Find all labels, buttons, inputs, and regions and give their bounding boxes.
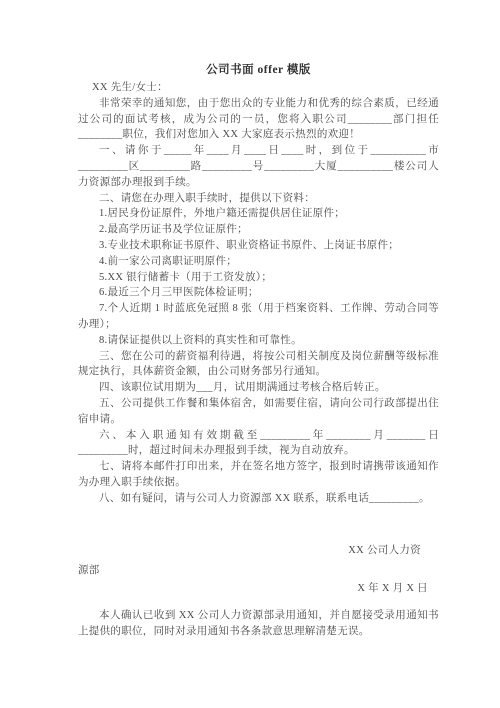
document-paragraph: 六、本入职通知有效期截至_________年________月_______日_…	[78, 428, 439, 460]
signature-department-line-1: XX 公司人力资	[78, 543, 439, 559]
document-paragraph: 5.XX 银行储蓄卡（用于工资发放）；	[78, 270, 439, 286]
document-paragraph: 五、公司提供工作餐和集体宿舍，如需要住宿，请向公司行政部提出住宿申请。	[78, 396, 439, 428]
document-paragraph: 非常荣幸的通知您，由于您出众的专业能力和优秀的综合素质，已经通过公司的面试考核，…	[78, 96, 439, 143]
document-title: 公司书面 offer 模版	[78, 62, 439, 78]
document-paragraph: 四、该职位试用期为___月，试用期满通过考核合格后转正。	[78, 380, 439, 396]
offer-letter-page: 公司书面 offer 模版 XX 先生/女士： 非常荣幸的通知您，由于您出众的专…	[0, 0, 500, 708]
document-paragraph: 6.最近三个月三甲医院体检证明；	[78, 285, 439, 301]
salutation: XX 先生/女士：	[78, 80, 439, 96]
document-paragraph: 3.专业技术职称证书原件、职业资格证书原件、上岗证书原件；	[78, 238, 439, 254]
document-paragraph: 一、请你于_____年____月____日____时，到位于__________…	[78, 143, 439, 190]
document-paragraph: 4.前一家公司离职证明原件；	[78, 254, 439, 270]
document-paragraph: 二、请您在办理入职手续时，提供以下资料：	[78, 191, 439, 207]
document-paragraph: 七、请将本邮件打印出来，并在签名地方签字，报到时请携带该通知作为办理入职手续依据…	[78, 459, 439, 491]
signature-department-line-2: 源部	[78, 563, 439, 579]
document-paragraph: 1.居民身份证原件，外地户籍还需提供居住证原件；	[78, 206, 439, 222]
signature-date: X 年 X 月 X 日	[78, 581, 439, 597]
document-paragraph: 8.请保证提供以上资料的真实性和可靠性。	[78, 333, 439, 349]
document-paragraph: 7.个人近期 1 时蓝底免冠照 8 张（用于档案资料、工作牌、劳动合同等办理）；	[78, 301, 439, 333]
confirmation-paragraph: 本人确认已收到 XX 公司人力资源部录用通知，并自愿接受录用通知书上提供的职位，…	[78, 608, 439, 640]
document-paragraph: 2.最高学历证书及学位证原件；	[78, 222, 439, 238]
document-paragraph: 三、您在公司的薪资福利待遇，将按公司相关制度及岗位薪酬等级标准规定执行，具体薪资…	[78, 349, 439, 381]
document-body: 非常荣幸的通知您，由于您出众的专业能力和优秀的综合素质，已经通过公司的面试考核，…	[78, 96, 439, 507]
document-paragraph: 八、如有疑问，请与公司人力资源部 XX 联系，联系电话_________。	[78, 491, 439, 507]
